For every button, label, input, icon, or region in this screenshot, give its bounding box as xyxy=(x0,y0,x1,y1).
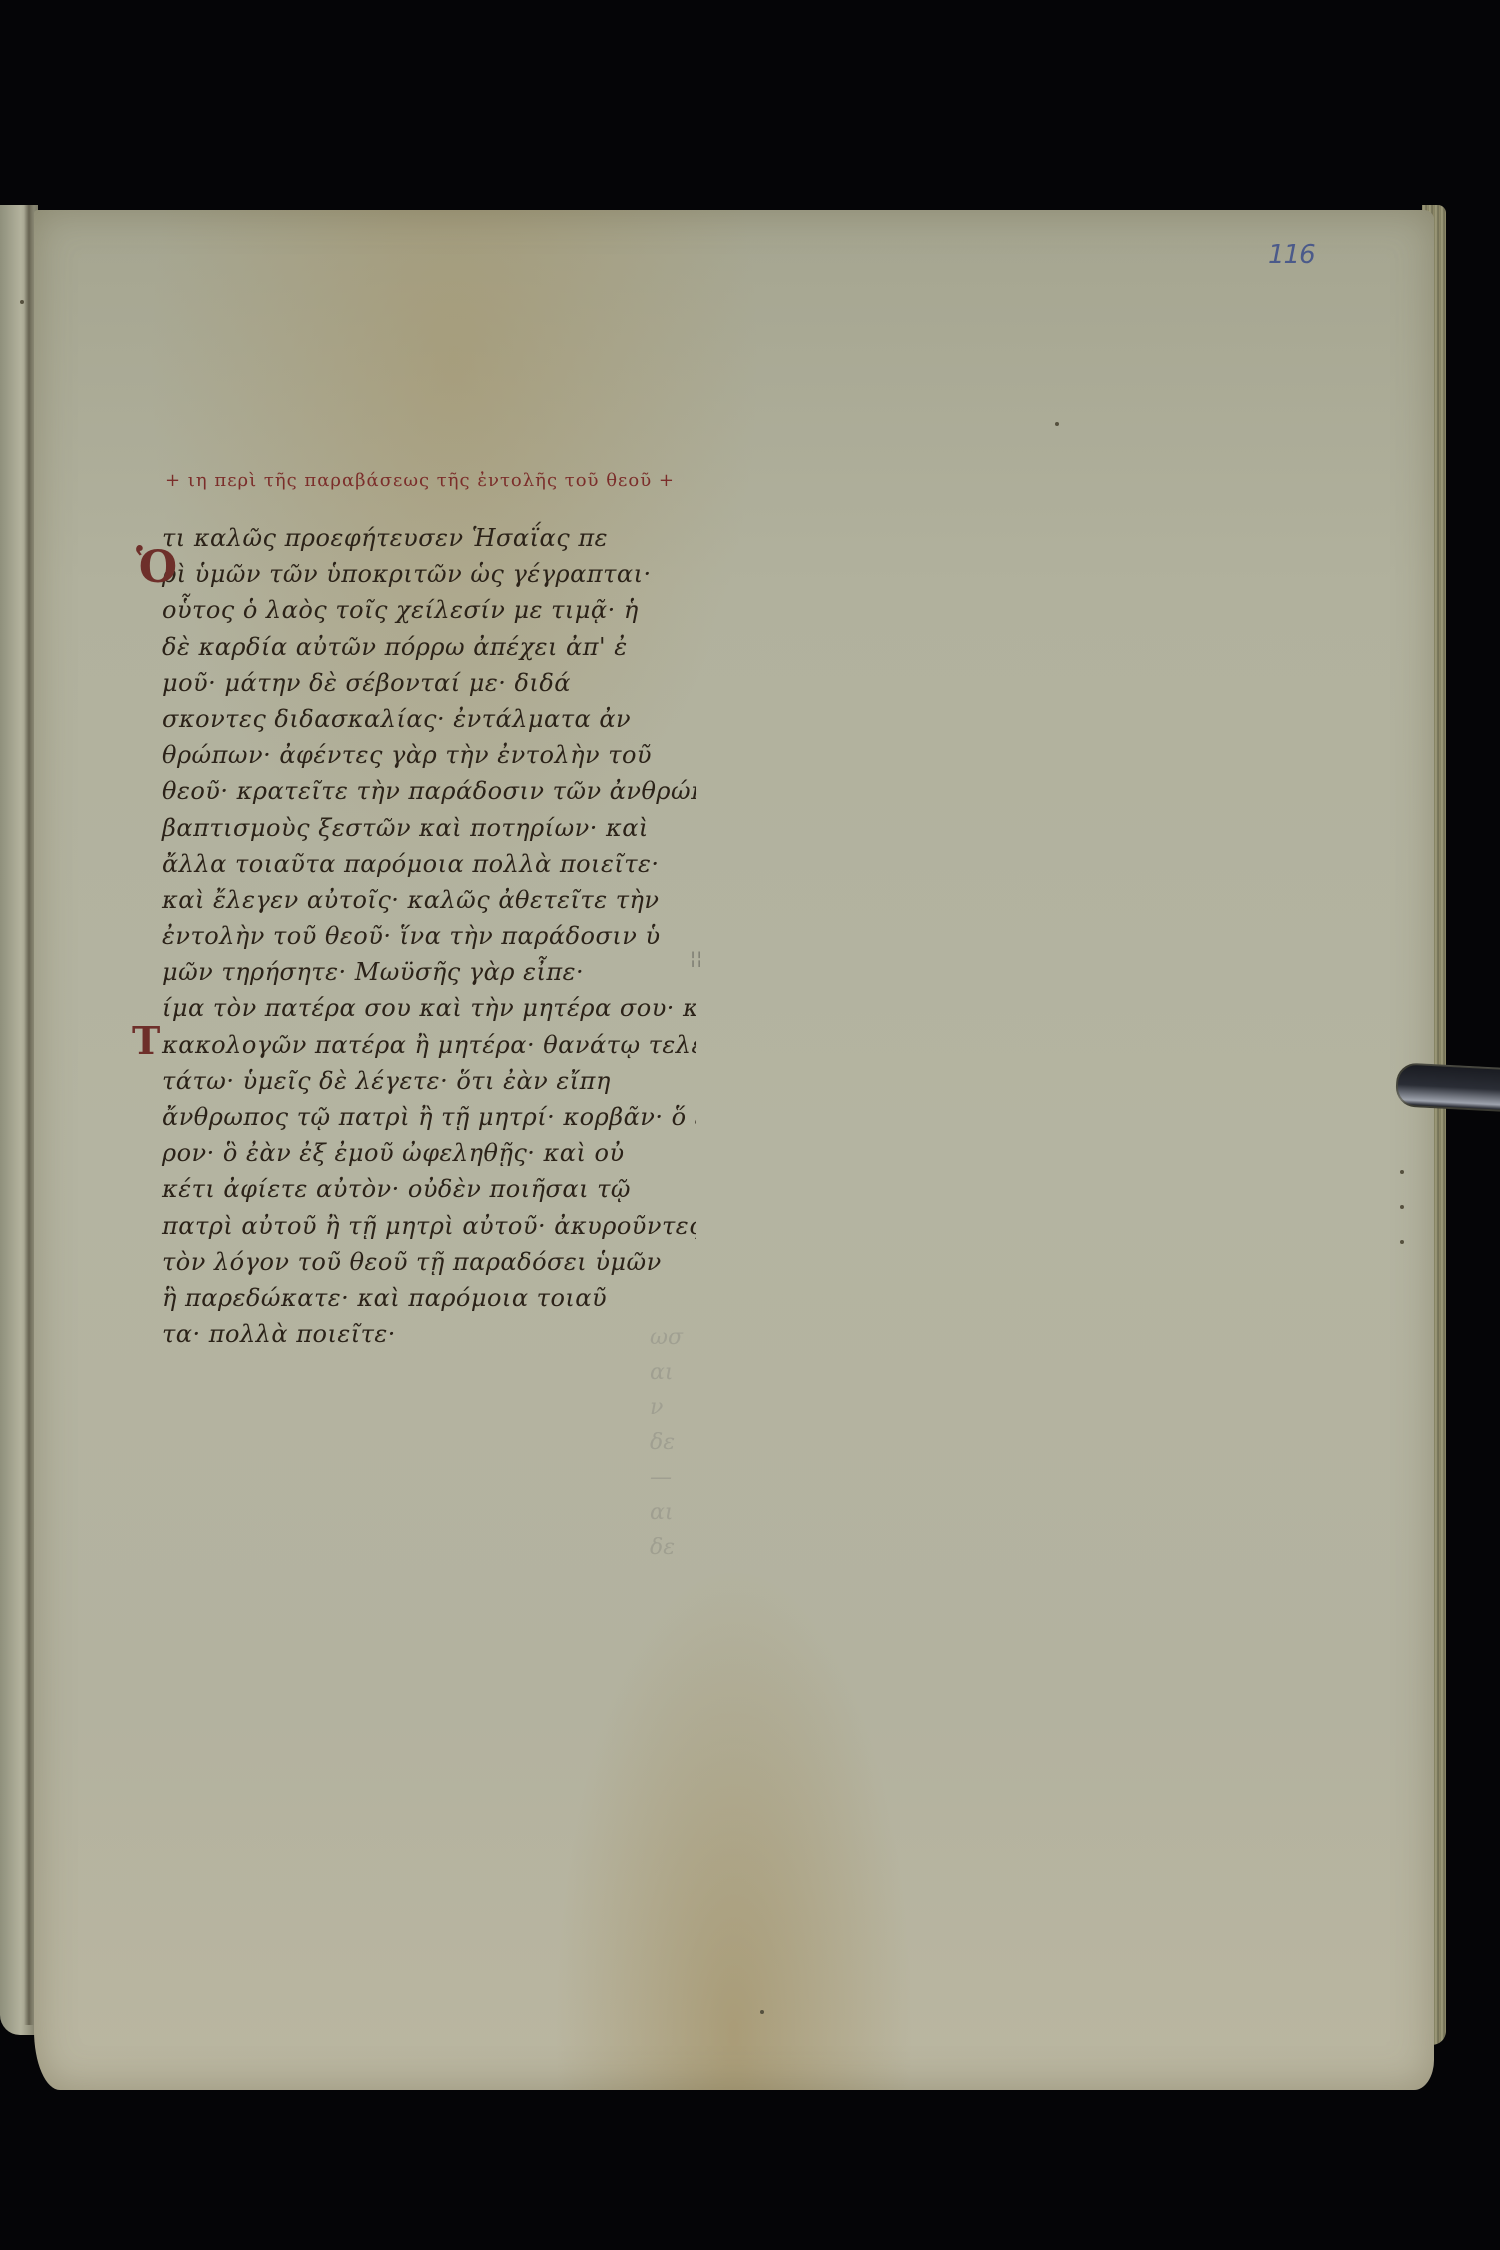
marginal-mark: ¦¦ xyxy=(690,948,702,969)
parchment-speck xyxy=(760,2010,764,2014)
text-line: τα· πολλὰ ποιεῖτε· xyxy=(136,1316,696,1352)
bleed-through-line: ωσ xyxy=(650,1320,710,1355)
parchment-speck xyxy=(1400,1170,1404,1174)
bleed-through-text: ωσ αι ν δε — αι δε xyxy=(650,1320,710,1565)
folio-number: 116 xyxy=(1268,240,1315,270)
bleed-through-line: αι xyxy=(650,1355,710,1390)
text-line: τάτω· ὑμεῖς δὲ λέγετε· ὅτι ἐὰν εἴπη xyxy=(136,1063,696,1099)
text-line: ρὶ ὑμῶν τῶν ὑποκριτῶν ὡς γέγραπται· xyxy=(136,556,696,592)
parchment-speck xyxy=(1055,422,1059,426)
text-line: οὗτος ὁ λαὸς τοῖς χείλεσίν με τιμᾷ· ἡ xyxy=(136,592,696,628)
text-line: κακολογῶν πατέρα ἢ μητέρα· θανάτῳ τελευ xyxy=(136,1027,696,1063)
text-line: καὶ ἔλεγεν αὐτοῖς· καλῶς ἀθετεῖτε τὴν xyxy=(136,882,696,918)
parchment-speck xyxy=(1400,1205,1404,1209)
text-line: μοῦ· μάτην δὲ σέβονταί με· διδά xyxy=(136,665,696,701)
red-initial-tau: Τ xyxy=(132,1018,160,1063)
text-line: ίμα τὸν πατέρα σου καὶ τὴν μητέρα σου· κ… xyxy=(136,990,696,1026)
bleed-through-line: αι xyxy=(650,1495,710,1530)
text-line: θρώπων· ἀφέντες γὰρ τὴν ἐντολὴν τοῦ xyxy=(136,737,696,773)
page-holder-clip xyxy=(1395,1062,1500,1112)
text-line: τι καλῶς προεφήτευσεν Ἡσαΐας πε xyxy=(136,520,696,556)
text-line: βαπτισμοὺς ξεστῶν καὶ ποτηρίων· καὶ xyxy=(136,810,696,846)
text-line: δὲ καρδία αὐτῶν πόρρω ἀπέχει ἀπ' ἐ xyxy=(136,629,696,665)
text-line: ρον· ὃ ἐὰν ἐξ ἐμοῦ ὠφεληθῇς· καὶ οὐ xyxy=(136,1135,696,1171)
bleed-through-line: δε xyxy=(650,1425,710,1460)
red-initial-omicron: Ὁ xyxy=(136,542,177,593)
bleed-through-line: — xyxy=(650,1460,710,1495)
parchment-speck xyxy=(20,300,24,304)
text-line: θεοῦ· κρατεῖτε τὴν παράδοσιν τῶν ἀνθρώπω… xyxy=(136,773,696,809)
bleed-through-line: δε xyxy=(650,1530,710,1565)
text-line: ἄλλα τοιαῦτα παρόμοια πολλὰ ποιεῖτε· xyxy=(136,846,696,882)
text-line: ἣ παρεδώκατε· καὶ παρόμοια τοιαῦ xyxy=(136,1280,696,1316)
binding-gutter xyxy=(24,205,34,2025)
text-line: μῶν τηρήσητε· Μωϋσῆς γὰρ εἶπε· xyxy=(136,954,696,990)
text-column: Ὁ Τ τι καλῶς προεφήτευσεν Ἡσαΐας πε ρὶ ὑ… xyxy=(136,520,696,1352)
parchment-speck xyxy=(1400,1240,1404,1244)
text-line: ἄνθρωπος τῷ πατρὶ ἢ τῇ μητρί· κορβᾶν· ὅ … xyxy=(136,1099,696,1135)
bleed-through-line: ν xyxy=(650,1390,710,1425)
text-line: ἐντολὴν τοῦ θεοῦ· ἵνα τὴν παράδοσιν ὑ xyxy=(136,918,696,954)
text-line: σκοντες διδασκαλίας· ἐντάλματα ἀν xyxy=(136,701,696,737)
text-line: τὸν λόγον τοῦ θεοῦ τῇ παραδόσει ὑμῶν xyxy=(136,1244,696,1280)
text-line: κέτι ἀφίετε αὐτὸν· οὐδὲν ποιῆσαι τῷ xyxy=(136,1171,696,1207)
chapter-rubric: + ιη περὶ τῆς παραβάσεως τῆς ἐντολῆς τοῦ… xyxy=(165,470,635,491)
text-line: πατρὶ αὐτοῦ ἢ τῇ μητρὶ αὐτοῦ· ἀκυροῦντες xyxy=(136,1208,696,1244)
